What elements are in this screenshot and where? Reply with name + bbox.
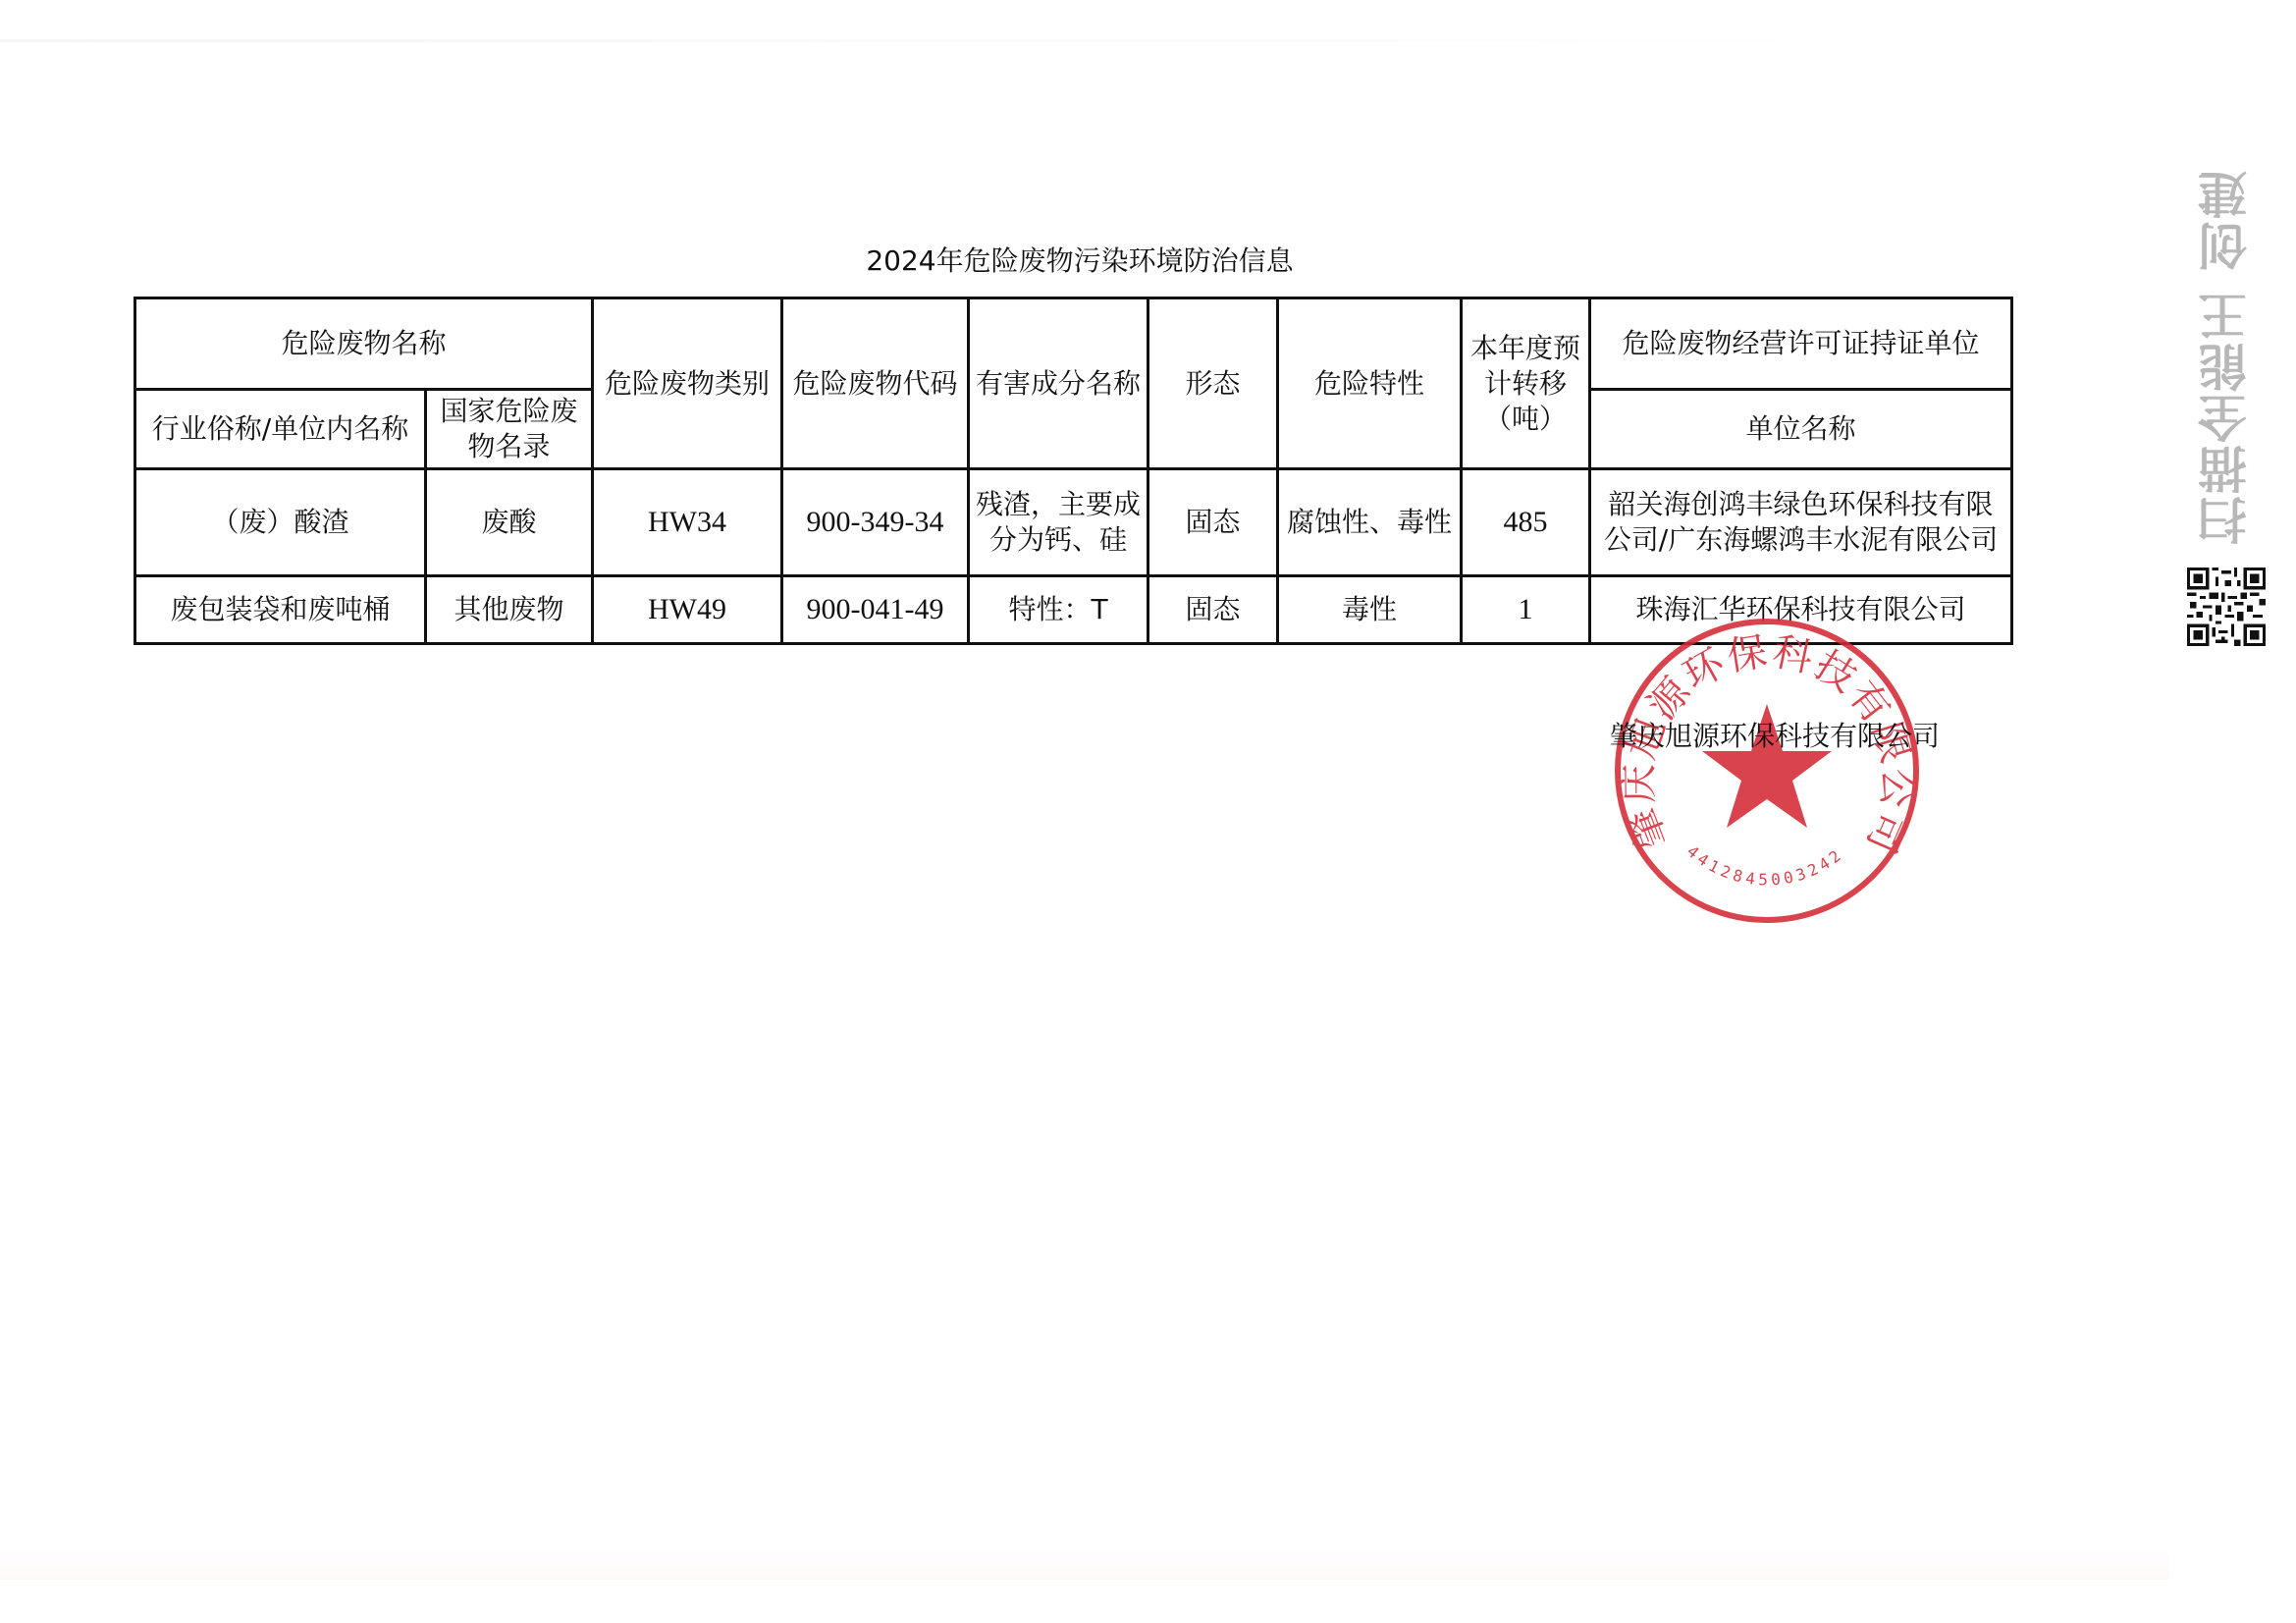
- cell-annual-transfer: 1: [1462, 576, 1590, 644]
- cell-unit-name: 韶关海创鸿丰绿色环保科技有限公司/广东海螺鸿丰水泥有限公司: [1590, 469, 2012, 576]
- cell-hazardous-component: 特性：T: [969, 576, 1148, 644]
- cell-hazardous-component: 残渣，主要成分为钙、硅: [969, 469, 1148, 576]
- cell-hazard-property: 毒性: [1278, 576, 1462, 644]
- cell-national-catalog-name: 其他废物: [426, 576, 593, 644]
- cell-industry-name: （废）酸渣: [135, 469, 426, 576]
- header-license-holder-group: 危险废物经营许可证持证单位: [1590, 298, 2012, 390]
- cell-hazard-property: 腐蚀性、毒性: [1278, 469, 1462, 576]
- cell-category: HW49: [593, 576, 782, 644]
- header-national-catalog-name: 国家危险废物名录: [426, 390, 593, 469]
- header-waste-name-group: 危险废物名称: [135, 298, 593, 390]
- cell-form: 固态: [1148, 469, 1278, 576]
- company-seal: 肇庆旭源环保科技有限公司 4412845003242: [1610, 614, 1924, 928]
- seal-registration-number: 4412845003242: [1683, 841, 1847, 889]
- cell-industry-name: 废包装袋和废吨桶: [135, 576, 426, 644]
- header-hazard-property: 危险特性: [1278, 298, 1462, 469]
- qr-code-icon: [2187, 568, 2266, 646]
- header-category: 危险废物类别: [593, 298, 782, 469]
- header-form: 形态: [1148, 298, 1278, 469]
- cell-annual-transfer: 485: [1462, 469, 1590, 576]
- hazardous-waste-table: 危险废物名称 危险废物类别 危险废物代码 有害成分名称 形态 危险特性 本年度预…: [133, 297, 2013, 645]
- header-industry-name: 行业俗称/单位内名称: [135, 390, 426, 469]
- scan-artifact-bottom: [0, 1548, 2169, 1580]
- cell-form: 固态: [1148, 576, 1278, 644]
- header-code: 危险废物代码: [782, 298, 969, 469]
- document-title: 2024年危险废物污染环境防治信息: [0, 240, 2160, 279]
- scanner-watermark: 扫描全能王 创建: [2191, 162, 2250, 545]
- header-annual-transfer: 本年度预计转移（吨）: [1462, 298, 1590, 469]
- cell-national-catalog-name: 废酸: [426, 469, 593, 576]
- header-unit-name: 单位名称: [1590, 390, 2012, 469]
- scan-artifact-top: [0, 39, 1865, 42]
- cell-code: 900-349-34: [782, 469, 969, 576]
- header-hazardous-component: 有害成分名称: [969, 298, 1148, 469]
- signature-company-name: 肇庆旭源环保科技有限公司: [1610, 715, 1940, 754]
- header-row-1: 危险废物名称 危险废物类别 危险废物代码 有害成分名称 形态 危险特性 本年度预…: [135, 298, 2012, 390]
- table-row: （废）酸渣 废酸 HW34 900-349-34 残渣，主要成分为钙、硅 固态 …: [135, 469, 2012, 576]
- cell-category: HW34: [593, 469, 782, 576]
- cell-code: 900-041-49: [782, 576, 969, 644]
